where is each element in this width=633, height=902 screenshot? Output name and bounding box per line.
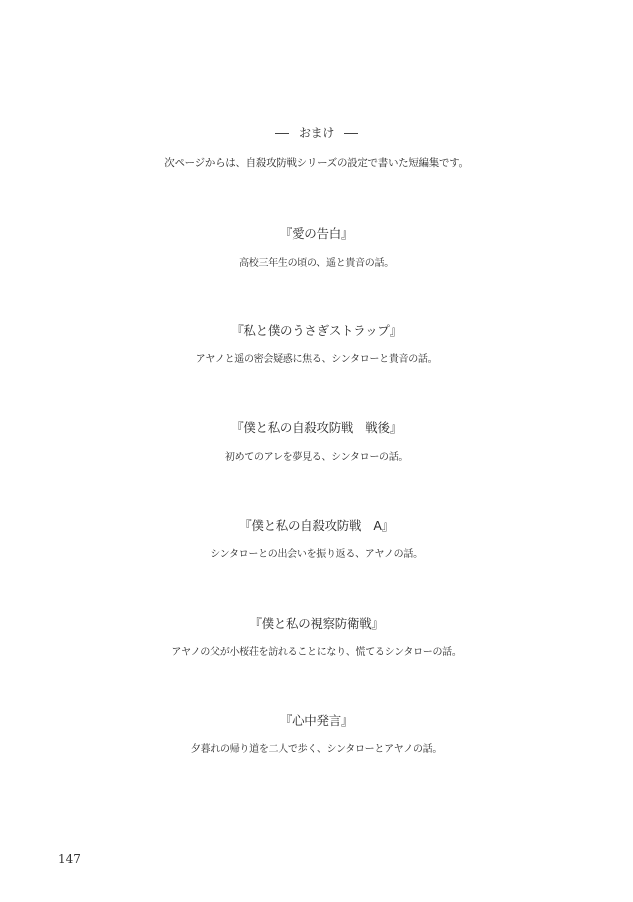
dash-left xyxy=(275,133,289,134)
story-description-3: 初めてのアレを夢見る、シンタローの話。 xyxy=(0,448,633,463)
story-description-6: 夕暮れの帰り道を二人で歩く、シンタローとアヤノの話。 xyxy=(0,740,633,755)
intro-text: 次ページからは、自殺攻防戦シリーズの設定で書いた短編集です。 xyxy=(0,155,633,170)
document-page: おまけ 次ページからは、自殺攻防戦シリーズの設定で書いた短編集です。 『愛の告白… xyxy=(0,0,633,902)
story-title-3: 『僕と私の自殺攻防戦 戦後』 xyxy=(0,418,633,436)
story-title-4: 『僕と私の自殺攻防戦 A』 xyxy=(0,516,633,534)
story-description-2: アヤノと遥の密会疑惑に焦る、シンタローと貴音の話。 xyxy=(0,350,633,365)
story-description-5: アヤノの父が小桜荘を訪れることになり、慌てるシンタローの話。 xyxy=(0,643,633,658)
story-title-5: 『僕と私の視察防衛戦』 xyxy=(0,614,633,632)
story-description-1: 高校三年生の頃の、遥と貴音の話。 xyxy=(0,254,633,269)
page-number: 147 xyxy=(58,852,81,866)
section-heading: おまけ xyxy=(0,124,633,141)
section-heading-title: おまけ xyxy=(299,126,334,140)
story-title-6: 『心中発言』 xyxy=(0,711,633,729)
story-title-1: 『愛の告白』 xyxy=(0,224,633,242)
dash-right xyxy=(344,133,358,134)
story-title-2: 『私と僕のうさぎストラップ』 xyxy=(0,321,633,339)
story-description-4: シンタローとの出会いを振り返る、アヤノの話。 xyxy=(0,545,633,560)
